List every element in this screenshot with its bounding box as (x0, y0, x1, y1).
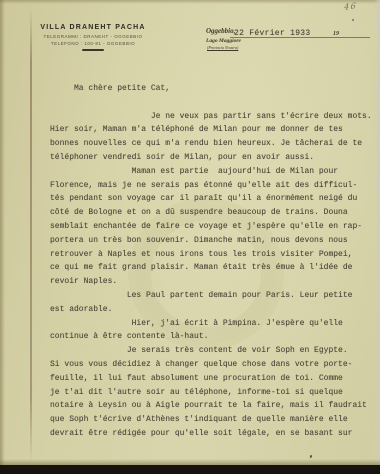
letter-line: Si vous vous décidiez à changer quelque … (50, 358, 376, 372)
printed-province: (Provincia Novara) (207, 45, 238, 50)
date-row: Oggebbio, 22 Février 1933 19 (206, 26, 370, 38)
ink-speck (310, 455, 313, 458)
letterhead: VILLA DRANEHT PACHA TELEGRAMMI : DRANEHT… (34, 24, 152, 51)
typed-date: 22 Février 1933 (234, 29, 311, 38)
letter-line: revoir Naples. (50, 275, 376, 289)
letter-line: bonnes nouvelles ce qui m'a rendu bien h… (50, 137, 376, 151)
letter-line: portera un très bon souvenir. Dimanche m… (50, 234, 376, 248)
paper-crease-line (30, 8, 32, 462)
letter-line: Hier, j'ai écrit à Pimpina. J'espère qu'… (50, 317, 376, 331)
letter-line: Florence, mais je ne serais pas étonné q… (50, 179, 376, 193)
letter-line: Maman est partie aujourd'hui de Milan po… (50, 165, 376, 179)
letterhead-telephone-line: TELEFONO : 100-81 - OGGEBBIO (34, 41, 152, 46)
letter-line: ce qui me fait grand plaisir. Maman étai… (50, 261, 376, 275)
letter-line: Je ne veux pas partir sans t'écrire deux… (50, 110, 376, 124)
salutation-line: Ma chère petite Cat, (50, 82, 376, 96)
ink-speck (352, 19, 354, 21)
printed-year-prefix: 19 (333, 31, 339, 37)
letter-line: côté de Bologne et on a dû suspendre bea… (50, 206, 376, 220)
blank-line (50, 96, 376, 110)
letter-line: que Soph t'écrive d'Athènes t'indiquant … (50, 413, 376, 427)
letter-line: retrouver à Naples et nous irons tous le… (50, 248, 376, 262)
letter-line: tés pendant son voyage car il paraît qu'… (50, 192, 376, 206)
letter-line: Les Paul partent demain pour Paris. Leur… (50, 289, 376, 303)
letter-line: notaire à Leysin ou à Aigle pourrait te … (50, 399, 376, 413)
letter-line: semblait enchantée de faire ce voyage et… (50, 220, 376, 234)
letter-line: Hier soir, Maman m'a téléphoné de Milan … (50, 123, 376, 137)
printed-region: Lago Maggiore (206, 38, 241, 44)
letterhead-flourish-rule (82, 49, 104, 51)
letter-line: je t'ai dit l'autre soir au téléphone, i… (50, 386, 376, 400)
letter-line: feuille, il lui faut absolument une proc… (50, 372, 376, 386)
letter-body: Ma chère petite Cat, Je ne veux pas part… (50, 82, 376, 441)
letter-line: continue à être contente là-haut. (50, 330, 376, 344)
scanned-letter-page: 46 VILLA DRANEHT PACHA TELEGRAMMI : DRAN… (0, 0, 380, 474)
scan-edge-top (0, 0, 380, 4)
letterhead-telegrams-line: TELEGRAMMI : DRANEHT - OGGEBBIO (34, 34, 152, 39)
scan-bottom-band (0, 465, 380, 474)
scan-edge-left (0, 0, 5, 474)
letterhead-title: VILLA DRANEHT PACHA (34, 24, 152, 31)
printed-place: Oggebbio, (206, 27, 235, 35)
letter-line: devrait être rédigée pour qu'elle soit l… (50, 427, 376, 441)
letter-line: Je serais très content de voir Soph en E… (50, 344, 376, 358)
handwritten-page-number: 46 (344, 1, 357, 11)
letter-line: téléphoner vendredi soir de Milan, pour … (50, 151, 376, 165)
letter-line: est adorable. (50, 303, 376, 317)
dateline: Oggebbio, 22 Février 1933 19 Lago Maggio… (206, 26, 370, 52)
